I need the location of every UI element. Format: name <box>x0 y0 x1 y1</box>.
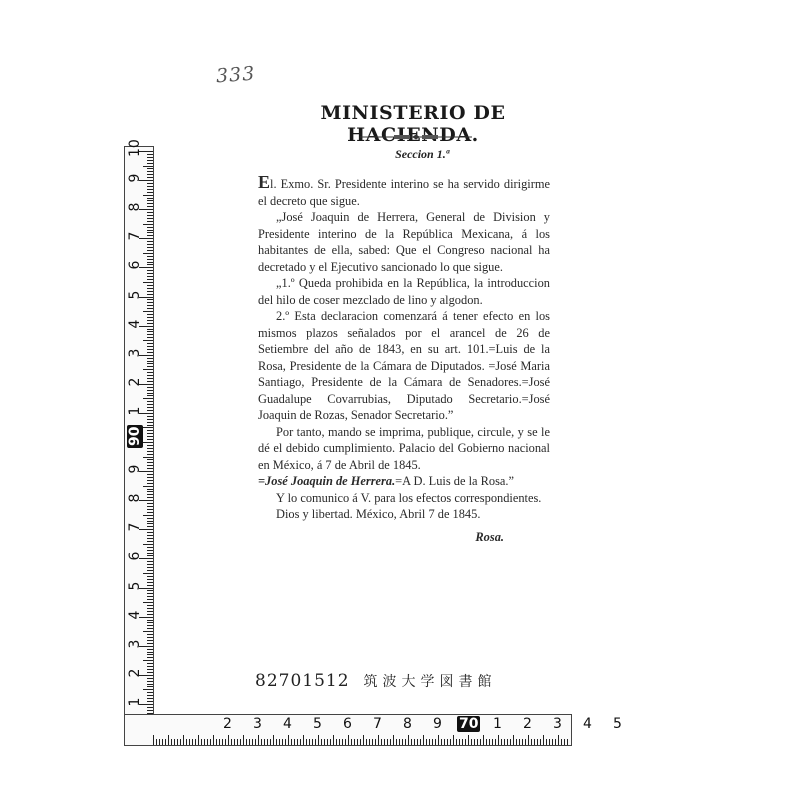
ruler-tick <box>147 227 153 228</box>
ruler-tick <box>147 160 153 161</box>
ruler-tick <box>147 526 153 527</box>
ruler-label: 3 <box>253 716 262 732</box>
ruler-tick <box>147 491 153 492</box>
ruler-tick <box>147 480 153 481</box>
ruler-label: 3 <box>127 636 143 652</box>
ruler-tick <box>534 739 535 745</box>
ruler-tick <box>426 739 427 745</box>
ruler-label: 7 <box>127 519 143 535</box>
ruler-tick <box>147 422 153 423</box>
ruler-tick <box>171 739 172 745</box>
ruler-tick <box>147 331 153 332</box>
ruler-tick <box>147 523 153 524</box>
ruler-tick <box>147 393 153 394</box>
ruler-tick <box>363 735 364 745</box>
ruler-tick <box>510 739 511 745</box>
ruler-tick <box>147 264 153 265</box>
ruler-tick <box>192 739 193 745</box>
ruler-tick <box>516 739 517 745</box>
ruler-tick <box>147 250 153 251</box>
ruler-tick <box>453 735 454 745</box>
ruler-label: 1 <box>127 403 143 419</box>
ruler-tick <box>147 381 153 382</box>
ruler-tick <box>366 739 367 745</box>
paragraph-intro: El. Exmo. Sr. Presidente interino se ha … <box>258 176 550 209</box>
ruler-tick <box>147 323 153 324</box>
ruler-tick <box>147 215 153 216</box>
ruler-tick <box>147 361 153 362</box>
ruler-tick <box>294 739 295 745</box>
ruler-tick <box>147 454 153 455</box>
ruler-tick <box>330 739 331 745</box>
ruler-tick <box>143 398 153 399</box>
ruler-tick <box>498 735 499 745</box>
ruler-tick <box>477 739 478 745</box>
ruler-tick <box>147 681 153 682</box>
ruler-tick <box>147 230 153 231</box>
ruler-tick <box>183 735 184 745</box>
ruler-tick <box>276 739 277 745</box>
ruler-tick <box>468 735 469 745</box>
ruler-label: 4 <box>127 607 143 623</box>
ruler-tick <box>408 735 409 745</box>
ruler-label: 6 <box>343 716 352 732</box>
ruler-tick <box>147 244 153 245</box>
ruler-tick <box>147 401 153 402</box>
barcode-number: 82701512 <box>255 671 350 691</box>
ruler-tick <box>279 739 280 745</box>
ruler-tick <box>216 739 217 745</box>
paragraph-article-1: „1.º Queda prohibida en la República, la… <box>258 275 550 308</box>
ruler-tick <box>147 410 153 411</box>
ruler-label: 5 <box>613 716 622 732</box>
ruler-label: 8 <box>403 716 412 732</box>
ruler-tick <box>147 262 153 263</box>
ruler-tick <box>147 171 153 172</box>
ruler-tick <box>321 739 322 745</box>
ruler-tick <box>147 206 153 207</box>
ruler-tick <box>143 457 153 458</box>
horizontal-scale-ruler: 234567897012345 <box>124 714 572 746</box>
ruler-tick <box>147 666 153 667</box>
ruler-tick <box>537 739 538 745</box>
ruler-tick <box>147 168 153 169</box>
ruler-tick <box>147 366 153 367</box>
ruler-tick <box>147 555 153 556</box>
ruler-label: 8 <box>127 490 143 506</box>
ruler-tick <box>147 436 153 437</box>
ruler-label: 4 <box>583 716 592 732</box>
ruler-tick <box>384 739 385 745</box>
ruler-tick <box>143 602 153 603</box>
ruler-tick <box>147 538 153 539</box>
ruler-tick <box>147 186 153 187</box>
ruler-tick <box>147 611 153 612</box>
ruler-tick <box>147 241 153 242</box>
ruler-tick <box>147 576 153 577</box>
ruler-tick <box>143 660 153 661</box>
ruler-tick <box>327 739 328 745</box>
ruler-tick <box>147 285 153 286</box>
ruler-tick <box>147 439 153 440</box>
ruler-tick <box>147 416 153 417</box>
document-body: El. Exmo. Sr. Presidente interino se ha … <box>258 176 550 545</box>
ruler-tick <box>432 739 433 745</box>
vertical-scale-ruler: 01234567899012345678910 <box>124 146 154 746</box>
ruler-label: 2 <box>127 665 143 681</box>
ruler-tick <box>147 288 153 289</box>
ruler-tick <box>342 739 343 745</box>
ruler-label: 90 <box>127 432 143 448</box>
ruler-tick <box>147 570 153 571</box>
ruler-tick <box>147 684 153 685</box>
ruler-tick <box>147 614 153 615</box>
ruler-tick <box>303 735 304 745</box>
ruler-tick <box>546 739 547 745</box>
ruler-tick <box>147 259 153 260</box>
ruler-tick <box>378 735 379 745</box>
ruler-tick <box>147 532 153 533</box>
ruler-tick <box>285 739 286 745</box>
ruler-tick <box>393 735 394 745</box>
ruler-tick <box>147 477 153 478</box>
ruler-tick <box>147 686 153 687</box>
ruler-tick <box>147 494 153 495</box>
ruler-tick <box>147 192 153 193</box>
ruler-tick <box>147 235 153 236</box>
ruler-tick <box>143 340 153 341</box>
paragraph-promulgation: Por tanto, mando se imprima, publique, c… <box>258 424 550 474</box>
ruler-tick <box>147 634 153 635</box>
ruler-tick <box>414 739 415 745</box>
ruler-tick <box>143 689 153 690</box>
ruler-tick <box>513 735 514 745</box>
ruler-label: 4 <box>283 716 292 732</box>
ruler-tick <box>456 739 457 745</box>
ruler-tick <box>147 329 153 330</box>
ruler-tick <box>147 590 153 591</box>
ruler-tick <box>147 465 153 466</box>
ruler-tick <box>147 663 153 664</box>
ruler-tick <box>147 372 153 373</box>
ruler-tick <box>147 425 153 426</box>
ruler-tick <box>147 698 153 699</box>
ruler-tick <box>237 739 238 745</box>
ruler-label: 9 <box>433 716 442 732</box>
ruler-tick <box>177 739 178 745</box>
ruler-label: 7 <box>127 228 143 244</box>
ruler-tick <box>147 273 153 274</box>
ruler-tick <box>387 739 388 745</box>
ruler-tick <box>309 739 310 745</box>
ruler-tick <box>270 739 271 745</box>
ruler-tick <box>186 739 187 745</box>
ruler-tick <box>147 701 153 702</box>
ruler-tick <box>147 279 153 280</box>
ruler-tick <box>143 253 153 254</box>
ruler-tick <box>147 620 153 621</box>
ruler-tick <box>147 433 153 434</box>
ruler-label: 9 <box>127 170 143 186</box>
ruler-tick <box>549 739 550 745</box>
ruler-tick <box>147 154 153 155</box>
ruler-tick <box>147 203 153 204</box>
ruler-tick <box>147 707 153 708</box>
ruler-tick <box>564 739 565 745</box>
ruler-tick <box>345 739 346 745</box>
ruler-tick <box>318 735 319 745</box>
ruler-tick <box>189 739 190 745</box>
ruler-tick <box>168 735 169 745</box>
ruler-tick <box>390 739 391 745</box>
ruler-tick <box>147 305 153 306</box>
ruler-tick <box>147 622 153 623</box>
ruler-tick <box>423 735 424 745</box>
ruler-tick <box>147 657 153 658</box>
ruler-tick <box>381 739 382 745</box>
ruler-tick <box>147 270 153 271</box>
ruler-tick <box>147 337 153 338</box>
ruler-label: 5 <box>127 287 143 303</box>
ruler-tick <box>504 739 505 745</box>
ruler-tick <box>147 625 153 626</box>
ruler-tick <box>249 739 250 745</box>
ruler-tick <box>147 349 153 350</box>
ruler-tick <box>417 739 418 745</box>
ruler-label: 4 <box>127 316 143 332</box>
ruler-tick <box>147 669 153 670</box>
ruler-tick <box>372 739 373 745</box>
ruler-tick <box>147 363 153 364</box>
ruler-tick <box>555 739 556 745</box>
ruler-tick <box>147 352 153 353</box>
ruler-tick <box>402 739 403 745</box>
ornamental-divider <box>360 134 472 140</box>
library-name: 筑波大学図書館 <box>364 674 497 690</box>
signature: Rosa. <box>258 529 550 546</box>
ruler-tick <box>147 643 153 644</box>
ruler-tick <box>147 503 153 504</box>
ruler-tick <box>147 564 153 565</box>
signature-rosa-address: =A D. Luis de la Rosa.” <box>395 474 514 488</box>
ruler-tick <box>147 232 153 233</box>
ruler-tick <box>147 654 153 655</box>
ruler-tick <box>147 308 153 309</box>
ruler-tick <box>240 739 241 745</box>
ruler-tick <box>147 567 153 568</box>
ruler-tick <box>147 652 153 653</box>
ruler-tick <box>360 739 361 745</box>
ruler-tick <box>147 695 153 696</box>
ruler-label: 2 <box>523 716 532 732</box>
ruler-tick <box>147 553 153 554</box>
closing-line: Dios y libertad. México, Abril 7 de 1845… <box>258 506 550 523</box>
ruler-tick <box>147 320 153 321</box>
ruler-tick <box>201 739 202 745</box>
ruler-tick <box>219 739 220 745</box>
ruler-tick <box>147 419 153 420</box>
ruler-tick <box>143 631 153 632</box>
ruler-tick <box>147 579 153 580</box>
ruler-tick <box>153 735 154 745</box>
ruler-tick <box>297 739 298 745</box>
paragraph-communication: Y lo comunico á V. para los efectos corr… <box>258 490 550 507</box>
ruler-tick <box>210 739 211 745</box>
ruler-label: 7 <box>373 716 382 732</box>
ruler-tick <box>147 474 153 475</box>
ruler-tick <box>357 739 358 745</box>
ruler-tick <box>147 649 153 650</box>
ruler-tick <box>441 739 442 745</box>
ruler-tick <box>324 739 325 745</box>
ruler-tick <box>234 739 235 745</box>
ruler-tick <box>246 739 247 745</box>
ruler-tick <box>438 735 439 745</box>
ruler-tick <box>147 512 153 513</box>
ruler-tick <box>143 544 153 545</box>
ruler-tick <box>147 462 153 463</box>
ruler-tick <box>519 739 520 745</box>
ruler-tick <box>147 174 153 175</box>
handwritten-page-number: 333 <box>215 63 256 88</box>
drop-cap: E <box>258 172 270 192</box>
ruler-tick <box>405 739 406 745</box>
ruler-label: 1 <box>493 716 502 732</box>
ruler-tick <box>147 212 153 213</box>
ruler-tick <box>198 735 199 745</box>
ruler-tick <box>147 506 153 507</box>
ruler-tick <box>474 739 475 745</box>
ruler-tick <box>147 535 153 536</box>
ruler-tick <box>567 739 568 745</box>
ruler-tick <box>147 375 153 376</box>
ruler-tick <box>147 198 153 199</box>
ruler-tick <box>147 692 153 693</box>
ruler-tick <box>147 314 153 315</box>
ruler-tick <box>147 334 153 335</box>
ruler-tick <box>143 427 153 428</box>
ruler-tick <box>444 739 445 745</box>
ruler-tick <box>273 735 274 745</box>
ruler-tick <box>486 739 487 745</box>
ruler-tick <box>147 521 153 522</box>
ruler-tick <box>147 448 153 449</box>
ruler-tick <box>147 189 153 190</box>
ruler-tick <box>147 276 153 277</box>
ruler-label: 9 <box>127 461 143 477</box>
ruler-tick <box>143 515 153 516</box>
signature-herrera: =José Joaquin de Herrera. <box>258 474 395 488</box>
ruler-tick <box>561 739 562 745</box>
ruler-tick <box>147 430 153 431</box>
ruler-label: 5 <box>127 578 143 594</box>
ruler-tick <box>147 599 153 600</box>
ruler-tick <box>147 640 153 641</box>
library-stamp: 82701512筑波大学図書館 <box>255 671 497 691</box>
ruler-tick <box>300 739 301 745</box>
ruler-tick <box>143 369 153 370</box>
ruler-tick <box>375 739 376 745</box>
ruler-tick <box>147 302 153 303</box>
ruler-tick <box>143 282 153 283</box>
ruler-tick <box>180 739 181 745</box>
ruler-tick <box>147 710 153 711</box>
ruler-tick <box>267 739 268 745</box>
ruler-tick <box>312 739 313 745</box>
ruler-tick <box>165 739 166 745</box>
ruler-tick <box>462 739 463 745</box>
ruler-tick <box>465 739 466 745</box>
ruler-tick <box>507 739 508 745</box>
ruler-tick <box>540 739 541 745</box>
ruler-tick <box>558 735 559 745</box>
ruler-label: 2 <box>223 716 232 732</box>
ruler-tick <box>411 739 412 745</box>
ruler-tick <box>207 739 208 745</box>
ruler-tick <box>147 200 153 201</box>
ruler-tick <box>147 561 153 562</box>
ruler-tick <box>480 739 481 745</box>
ruler-tick <box>552 739 553 745</box>
ruler-label: 3 <box>553 716 562 732</box>
paragraph-decree-preamble: „José Joaquin de Herrera, General de Div… <box>258 209 550 275</box>
ruler-tick <box>174 739 175 745</box>
ruler-tick <box>147 628 153 629</box>
ruler-tick <box>147 582 153 583</box>
ruler-tick <box>471 739 472 745</box>
ruler-tick <box>420 739 421 745</box>
ruler-tick <box>143 166 153 167</box>
ruler-tick <box>147 346 153 347</box>
ruler-tick <box>147 299 153 300</box>
ruler-label: 8 <box>127 199 143 215</box>
ruler-tick <box>339 739 340 745</box>
ruler-tick <box>231 739 232 745</box>
ruler-tick <box>315 739 316 745</box>
ruler-label: 70 <box>457 716 480 732</box>
ruler-tick <box>489 739 490 745</box>
ruler-tick <box>147 343 153 344</box>
ruler-tick <box>147 294 153 295</box>
ruler-tick <box>447 739 448 745</box>
ruler-tick <box>147 678 153 679</box>
ruler-tick <box>147 509 153 510</box>
ruler-tick <box>156 739 157 745</box>
ruler-tick <box>204 739 205 745</box>
ruler-tick <box>306 739 307 745</box>
ruler-label: 6 <box>127 548 143 564</box>
ruler-tick <box>147 459 153 460</box>
ruler-tick <box>147 608 153 609</box>
ruler-tick <box>147 387 153 388</box>
ruler-tick <box>282 739 283 745</box>
ruler-tick <box>147 378 153 379</box>
ruler-tick <box>195 739 196 745</box>
ruler-tick <box>147 358 153 359</box>
ruler-label: 3 <box>127 345 143 361</box>
ruler-tick <box>147 256 153 257</box>
ruler-tick <box>147 637 153 638</box>
ruler-tick <box>147 163 153 164</box>
decree-signatures: =José Joaquin de Herrera.=A D. Luis de l… <box>258 473 550 490</box>
ruler-tick <box>147 157 153 158</box>
section-label: Seccion 1.ª <box>372 147 472 162</box>
ruler-tick <box>147 605 153 606</box>
ruler-tick <box>147 585 153 586</box>
ruler-tick <box>354 739 355 745</box>
ruler-tick <box>543 735 544 745</box>
ruler-tick <box>147 407 153 408</box>
